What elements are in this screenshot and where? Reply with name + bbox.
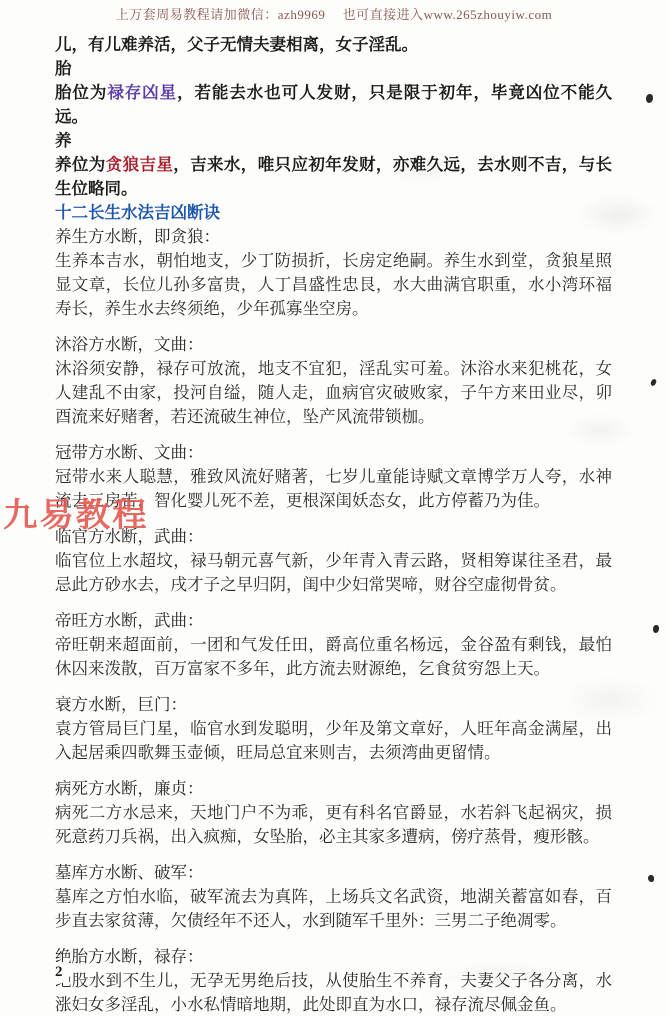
text-segment: 临官位上水超坟，禄马朝元喜气新，少年青入青云路，贤相筹谋往圣君，最忌此方砂水去，… — [55, 551, 612, 594]
text-segment: 胎 — [55, 59, 72, 78]
page-number: 2 — [55, 962, 69, 983]
text-segment: 墓库方水断、破军： — [55, 863, 204, 882]
bold-line-3: 养 — [55, 129, 612, 153]
text-segment: 沐浴方水断，文曲： — [55, 335, 204, 354]
highlighted-term: 禄存凶星 — [107, 83, 177, 102]
text-segment: 墓库之方怕水临，破军流去为真阵，上场兵文名武资，地湖关蓄富如春，百步直去家贫薄，… — [55, 887, 612, 930]
text-segment: 儿，有儿难养活，父子无情夫妻相离，女子淫乱。 — [55, 35, 418, 54]
section-title-16: 衰方水断，巨门： — [55, 693, 612, 717]
text-segment: 胎位为 — [55, 83, 107, 102]
bold-line-2: 胎位为禄存凶星，若能去水也可人发财，只是限于初年，毕竟凶位不能久远。 — [55, 81, 612, 129]
bold-line-0: 儿，有儿难养活，父子无情夫妻相离，女子淫乱。 — [55, 33, 612, 57]
text-segment: 十二长生水法吉凶断诀 — [55, 203, 220, 222]
body-para-9: 沐浴须安静，禄存可放流，地支不宜犯，淫乱实可羞。沐浴水来犯桃花，女人建乱不由家，… — [55, 357, 612, 429]
scanned-page: 上万套周易教程请加微信：azh9969 也可直接进入www.265zhouyiw… — [0, 0, 668, 1016]
section-title-18: 病死方水断，廉贞： — [55, 777, 612, 801]
text-segment: 冠带方水断、文曲： — [55, 443, 204, 462]
section-title-6: 养生方水断，即贪狼： — [55, 225, 612, 249]
body-para-7: 生养本吉水，朝怕地支，少丁防损折，长房定绝嗣。养生水到堂，贪狼星照显文章，长位儿… — [55, 249, 612, 321]
body-para-15: 帝旺朝来超面前，一团和气发任田，爵高位重名杨远，金谷盈有剩钱，最怕休囚来泼散，百… — [55, 633, 612, 681]
text-segment: 病死二方水忌来，天地门户不为乖，更有科名官爵显，水若斜飞起祸灾，损死意药刀兵祸，… — [55, 803, 612, 846]
header-promo-text: 上万套周易教程请加微信：azh9969 也可直接进入www.265zhouyiw… — [0, 0, 668, 23]
section-title-20: 墓库方水断、破军： — [55, 861, 612, 885]
section-title-10: 冠带方水断、文曲： — [55, 441, 612, 465]
section-title-14: 帝旺方水断，武曲： — [55, 609, 612, 633]
text-segment: 生养本吉水，朝怕地支，少丁防损折，长房定绝嗣。养生水到堂，贪狼星照显文章，长位儿… — [55, 251, 612, 318]
text-segment: 绝胎方水断，禄存： — [55, 947, 204, 966]
highlighted-term: 贪狼吉星 — [106, 155, 174, 174]
watermark-jiuyi-jiaocheng: 九易教程 — [3, 489, 149, 536]
body-para-21: 墓库之方怕水临，破军流去为真阵，上场兵文名武资，地湖关蓄富如春，百步直去家贫薄，… — [55, 885, 612, 933]
blue-heading-5: 十二长生水法吉凶断诀 — [55, 201, 612, 225]
text-segment: 绝股水到不生儿，无孕无男绝后技，从使胎生不养育，夫妻父子各分离，水涨妇女多淫乱，… — [55, 971, 612, 1014]
scan-speck — [648, 875, 654, 882]
body-para-23: 绝股水到不生儿，无孕无男绝后技，从使胎生不养育，夫妻父子各分离，水涨妇女多淫乱，… — [55, 969, 612, 1016]
bold-line-4: 养位为贪狼吉星，吉来水，唯只应初年发财，亦难久远，去水则不吉，与长生位略同。 — [55, 153, 612, 201]
text-segment: 养生方水断，即贪狼： — [55, 227, 220, 246]
body-para-17: 袁方管局巨门星，临官水到发聪明，少年及第文章好，人旺年高金满屋，出入起居乘四歌舞… — [55, 717, 612, 765]
text-segment: 帝旺方水断，武曲： — [55, 611, 204, 630]
text-segment: 袁方管局巨门星，临官水到发聪明，少年及第文章好，人旺年高金满屋，出入起居乘四歌舞… — [55, 719, 612, 762]
body-para-13: 临官位上水超坟，禄马朝元喜气新，少年青入青云路，贤相筹谋往圣君，最忌此方砂水去，… — [55, 549, 612, 597]
section-title-8: 沐浴方水断，文曲： — [55, 333, 612, 357]
bold-line-1: 胎 — [55, 57, 612, 81]
section-title-22: 绝胎方水断，禄存： — [55, 945, 612, 969]
text-segment: 沐浴须安静，禄存可放流，地支不宜犯，淫乱实可羞。沐浴水来犯桃花，女人建乱不由家，… — [55, 359, 612, 426]
text-segment: 养 — [55, 131, 72, 150]
text-segment: 衰方水断，巨门： — [55, 695, 187, 714]
text-segment: 病死方水断，廉贞： — [55, 779, 204, 798]
text-segment: 帝旺朝来超面前，一团和气发任田，爵高位重名杨远，金谷盈有剩钱，最怕休囚来泼散，百… — [55, 635, 612, 678]
text-segment: 养位为 — [55, 155, 106, 174]
body-para-19: 病死二方水忌来，天地门户不为乖，更有科名官爵显，水若斜飞起祸灾，损死意药刀兵祸，… — [55, 801, 612, 849]
